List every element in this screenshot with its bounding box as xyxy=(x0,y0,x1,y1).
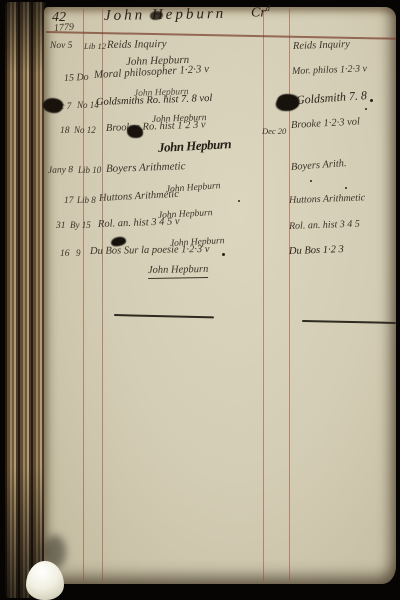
column-rule-date xyxy=(83,9,84,581)
entry-date: Jany 8 xyxy=(48,166,73,176)
entry-date: 15 Do xyxy=(64,73,89,84)
entry-title: Du Bos Sur la poesie 1·2·3 v xyxy=(90,245,210,258)
account-title: John Hepburn xyxy=(104,7,226,24)
entry-date: Nov 5 xyxy=(50,42,72,52)
entry-title: Reids Inquiry xyxy=(107,39,167,51)
entry-shelfmark: 9 xyxy=(76,249,81,258)
credit-header: Crd xyxy=(251,5,270,21)
entry-date: 18 xyxy=(60,127,70,137)
entry-credit: Reids Inquiry xyxy=(293,40,350,52)
entry-shelfmark: Lib 12 xyxy=(84,42,106,51)
ink-speck xyxy=(222,253,225,256)
column-rule-shelf xyxy=(102,9,103,581)
column-rule-return xyxy=(263,9,264,581)
borrower-signature-scrawl: John Hepburn xyxy=(158,137,232,154)
ink-speck xyxy=(310,180,312,182)
entry-shelfmark: No 12 xyxy=(74,126,96,135)
ink-speck xyxy=(370,99,373,102)
ink-speck xyxy=(345,187,347,189)
entry-date: 16 xyxy=(60,250,70,260)
year-label: 1779 xyxy=(54,23,75,34)
entry-return-date: Dec 20 xyxy=(262,127,286,136)
entry-date: 17 xyxy=(64,197,74,207)
borrower-signature-final: John Hepburn xyxy=(148,265,209,279)
entry-shelfmark: By 15 xyxy=(70,221,91,230)
entry-shelfmark: Lib 10 xyxy=(78,166,101,175)
ink-speck xyxy=(238,200,240,202)
ink-speck xyxy=(365,108,367,110)
ledger-photo: 42 1779 John Hepburn Crd Nov 5 Lib 12 Re… xyxy=(0,0,400,600)
ink-blot xyxy=(127,125,143,138)
entry-shelfmark: Lib 8 xyxy=(77,196,96,205)
entry-credit: Du Bos 1·2 3 xyxy=(289,245,344,257)
book-binding-edge xyxy=(5,2,46,598)
entry-date: 31 xyxy=(56,222,66,232)
